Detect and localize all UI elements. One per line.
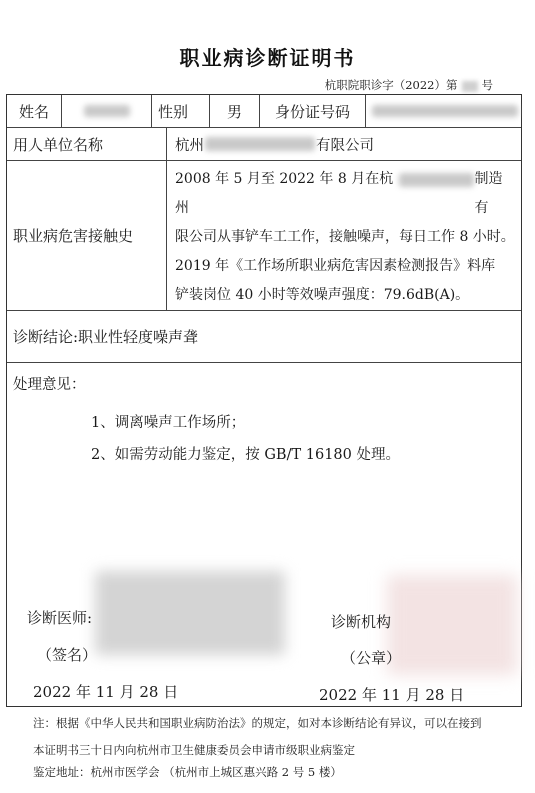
- doctor-sign-label: （签名）: [37, 644, 97, 665]
- advice-item-2: 2、如需劳动能力鉴定，按 GB/T 16180 处理。: [91, 443, 400, 464]
- employer-value-cell: 杭州 有限公司: [167, 128, 523, 160]
- institution-label: 诊断机构: [331, 611, 391, 632]
- advice-item-1: 1、调离噪声工作场所；: [91, 411, 245, 432]
- gender-label-cell: 性别: [152, 95, 210, 127]
- employer-label: 用人单位名称: [13, 134, 103, 155]
- exposure-label: 职业病危害接触史: [13, 225, 133, 246]
- exposure-line-1-end: 制造有: [474, 165, 515, 223]
- redacted-doctor-signature: [95, 571, 285, 655]
- redacted-company: [399, 173, 474, 187]
- doctor-date: 2022 年 11 月 28 日: [33, 681, 178, 702]
- redacted-number: [462, 81, 478, 92]
- employer-prefix: 杭州: [175, 134, 204, 155]
- id-label-cell: 身份证号码: [260, 95, 366, 127]
- footer-note-line-3: 鉴定地址：杭州市医学会 （杭州市上城区惠兴路 2 号 5 楼）: [33, 764, 342, 780]
- gender-value-cell: 男: [210, 95, 260, 127]
- conclusion-row: 诊断结论:职业性轻度噪声聋: [7, 311, 521, 363]
- certificate-table: 姓名 性别 男 身份证号码 用人单位名称 杭州 有限公司 职业病危害接触史: [6, 94, 522, 707]
- id-label: 身份证号码: [275, 101, 350, 122]
- gender-label: 性别: [158, 101, 188, 122]
- advice-label: 处理意见：: [13, 373, 86, 394]
- id-value-cell: [366, 95, 523, 127]
- footer-note-line-2: 本证明书三十日内向杭州市卫生健康委员会申请市级职业病鉴定: [33, 742, 355, 758]
- doctor-label: 诊断医师:: [27, 607, 92, 628]
- exposure-line-3: 2019 年《工作场所职业病危害因素检测报告》料库: [175, 252, 515, 281]
- name-value-cell: [62, 95, 152, 127]
- exposure-text-cell: 2008 年 5 月至 2022 年 8 月在杭州 制造有 限公司从事铲车工工作…: [167, 161, 523, 310]
- redacted-institution-seal: [387, 575, 517, 675]
- exposure-label-cell: 职业病危害接触史: [7, 161, 167, 310]
- advice-and-signature-row: 处理意见： 1、调离噪声工作场所； 2、如需劳动能力鉴定，按 GB/T 1618…: [7, 363, 521, 708]
- exposure-line-1-start: 2008 年 5 月至 2022 年 8 月在杭州: [175, 165, 399, 223]
- document-number-suffix: 号: [482, 78, 494, 92]
- employer-suffix: 有限公司: [316, 134, 374, 155]
- employer-row: 用人单位名称 杭州 有限公司: [7, 128, 521, 161]
- redacted-id-number: [372, 105, 518, 117]
- gender-value: 男: [227, 101, 242, 122]
- diagnosis-conclusion: 诊断结论:职业性轻度噪声聋: [7, 311, 521, 362]
- redacted-employer: [205, 137, 315, 151]
- name-label-cell: 姓名: [7, 95, 62, 127]
- institution-seal-label: （公章）: [341, 647, 401, 668]
- document-number-prefix: 杭职院职诊字（2022）第: [325, 78, 458, 92]
- personal-info-row: 姓名 性别 男 身份证号码: [7, 95, 521, 128]
- exposure-line-2: 限公司从事铲车工工作，接触噪声，每日工作 8 小时。: [175, 223, 515, 252]
- document-title: 职业病诊断证明书: [0, 42, 535, 71]
- institution-date: 2022 年 11 月 28 日: [319, 684, 464, 705]
- employer-label-cell: 用人单位名称: [7, 128, 167, 160]
- document-number: 杭职院职诊字（2022）第号: [325, 77, 493, 93]
- name-label: 姓名: [19, 101, 49, 122]
- exposure-history-row: 职业病危害接触史 2008 年 5 月至 2022 年 8 月在杭州 制造有 限…: [7, 161, 521, 311]
- redacted-name: [84, 105, 130, 117]
- footer-note-line-1: 注：根据《中华人民共和国职业病防治法》的规定，如对本诊断结论有异议，可以在接到: [33, 715, 482, 731]
- exposure-line-4: 铲装岗位 40 小时等效噪声强度：79.6dB(A)。: [175, 281, 515, 310]
- exposure-line-1: 2008 年 5 月至 2022 年 8 月在杭州 制造有: [175, 165, 515, 223]
